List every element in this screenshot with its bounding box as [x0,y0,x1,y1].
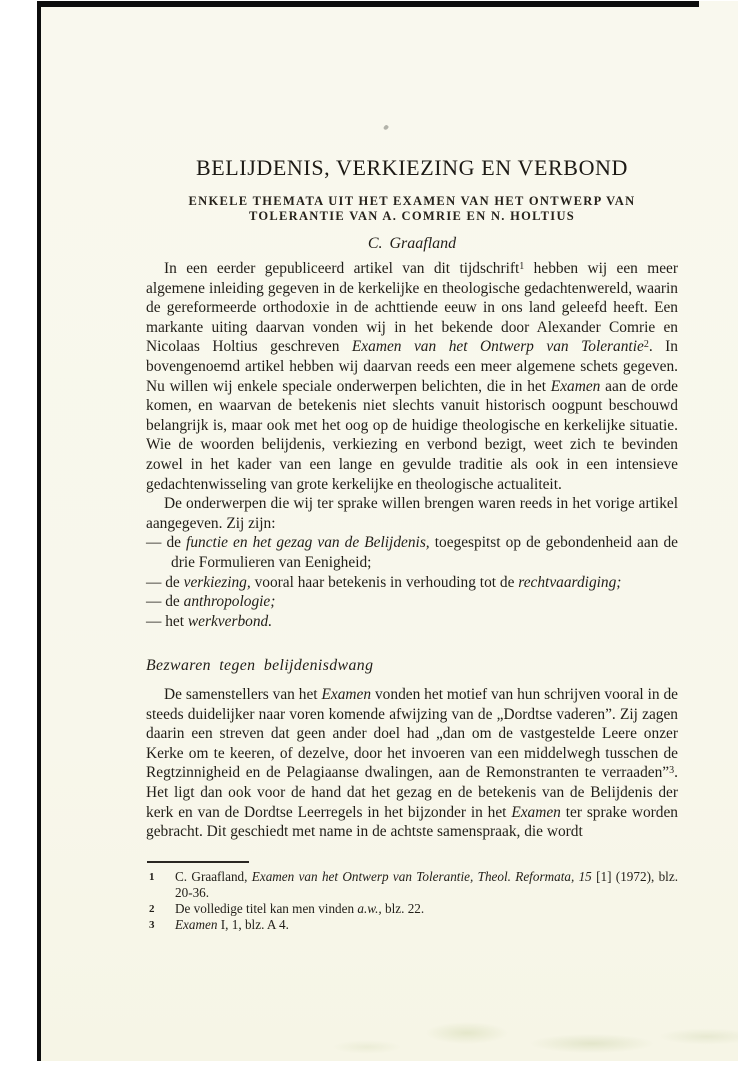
subtitle-line-1: ENKELE THEMATA UIT HET EXAMEN VAN HET ON… [146,194,678,209]
paragraph-2: De onderwerpen die wij ter sprake willen… [146,494,678,533]
footnote-text: De volledige titel kan men vinden a.w., … [175,901,678,918]
footnote-rule [147,861,249,863]
footnote-text: Examen I, 1, blz. A 4. [175,917,678,934]
scanned-journal-screenshot: BELIJDENIS, VERKIEZING EN VERBOND ENKELE… [0,0,738,1068]
topic-list: — de functie en het gezag van de Belijde… [146,533,678,631]
journal-page: BELIJDENIS, VERKIEZING EN VERBOND ENKELE… [37,1,738,1061]
section-heading: Bezwaren tegen belijdenisdwang [146,657,678,675]
page-title: BELIJDENIS, VERKIEZING EN VERBOND [146,155,678,181]
body-text-section: Bezwaren tegen belijdenisdwang De samens… [146,657,678,842]
scan-border-top [37,1,699,7]
footnote: 2 De volledige titel kan men vinden a.w.… [146,901,678,918]
list-item: — de verkiezing, vooral haar betekenis i… [146,573,678,593]
subtitle-line-2: TOLERANTIE VAN A. COMRIE EN N. HOLTIUS [146,209,678,224]
footnote-text: C. Graafland, Examen van het Ontwerp van… [175,869,678,901]
scan-border-left [37,1,41,1061]
footnote-number: 1 [146,869,175,901]
scan-speck [383,124,389,130]
article-header: BELIJDENIS, VERKIEZING EN VERBOND ENKELE… [146,155,678,253]
list-item: — de anthropologie; [146,592,678,612]
footnote-number: 3 [146,917,175,934]
footnote: 1 C. Graafland, Examen van het Ontwerp v… [146,869,678,901]
page-stain [267,991,738,1061]
list-item: — het werkverbond. [146,612,678,632]
list-item: — de functie en het gezag van de Belijde… [146,533,678,572]
body-text-top: In een eerder gepubliceerd artikel van d… [146,259,678,631]
paragraph-3: De samenstellers van het Examen vonden h… [146,685,678,842]
footnote: 3 Examen I, 1, blz. A 4. [146,917,678,934]
footnote-number: 2 [146,901,175,918]
paragraph-1: In een eerder gepubliceerd artikel van d… [146,259,678,494]
footnotes-block: 1 C. Graafland, Examen van het Ontwerp v… [146,861,678,934]
author-name: C. Graafland [146,235,678,253]
